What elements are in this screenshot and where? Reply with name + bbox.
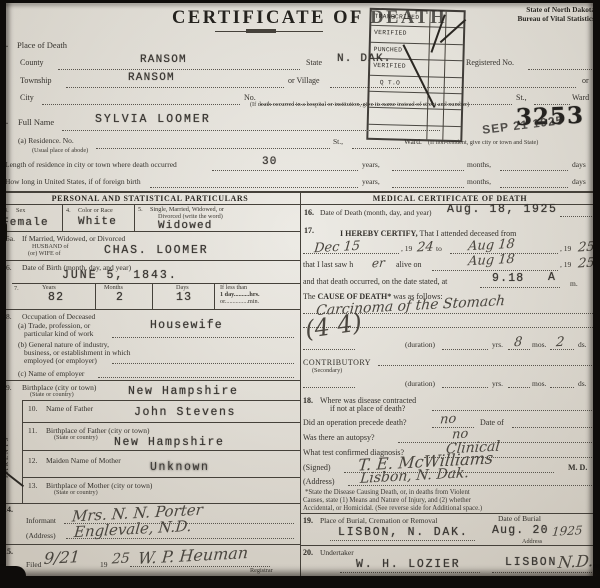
undertaker-address-label: Address [522,538,542,545]
leader-dots [58,68,300,70]
informant-label: Informant [26,516,56,525]
age-years-value: 82 [48,291,64,304]
birthplace-number: 9. [6,383,12,392]
leader-dots [98,376,294,378]
death-certificate-scan: CERTIFICATE OF DEATH State of North Dako… [0,0,600,588]
cell-divider [62,204,63,231]
ds-label: ds. [578,340,587,349]
leader-dots [112,336,294,338]
leader-dots [150,186,358,188]
leader-dots [303,386,355,388]
leader-dots [432,269,558,271]
certify-bold: I HEREBY CERTIFY, [340,229,418,238]
last-saw-her: er [371,256,385,271]
right-column-header: MEDICAL CERTIFICATE OF DEATH [300,194,600,203]
township-value: RANSOM [128,72,175,84]
duration-months-value: 8 [513,335,523,351]
residence-ward-label: Ward. [404,137,422,146]
row-divider [0,380,300,381]
death-occurred-label: and that death occurred, on the date sta… [303,277,447,286]
hospital-note: (If death occurred in a hospital or inst… [250,101,469,108]
state-value: N. DAK. [337,53,392,65]
mos-label: mos. [532,379,546,388]
where-contracted-line2: if not at place of death? [330,404,405,413]
leader-dots [66,86,284,88]
abode-note: (Usual place of abode) [32,147,88,154]
registrar-label: Registrar [250,567,273,574]
row-divider [22,477,300,478]
saw-19-label: , 19 [560,260,571,269]
leader-dots [392,169,464,171]
age-days-label: Days [176,284,189,291]
leader-dots [378,364,594,366]
months-label: months, [467,160,491,169]
duration-days-value: 2 [555,335,565,351]
age-less-line3: or...............min. [220,298,259,305]
leader-dots [96,147,330,149]
to-19-label: , 19 [560,244,571,253]
length-residence-label: Length of residence in city or town wher… [5,160,177,169]
father-value: John Stevens [134,406,236,419]
father-number: 10. [28,404,37,413]
residence-label: (a) Residence. No. [18,136,74,145]
md-label: M. D. [568,463,587,472]
leader-dots [500,186,568,188]
leader-dots [112,362,294,364]
q18-number: 18. [303,396,313,405]
operation-label: Did an operation precede death? [303,418,407,427]
occupation-b-line3: employed (or employer) [24,356,97,365]
certify-number: 17. [304,226,314,235]
dod-label: Date of Death (month, day, and year) [320,208,432,217]
age-years-label: Years [42,284,56,291]
mother-birthplace-sub: (State or country) [54,489,98,496]
sex-value: Female [2,217,49,229]
operation-value: no [439,412,457,428]
informant-address-label: (Address) [26,531,56,540]
how-long-us-label: How long in United States, if of foreign… [5,177,141,186]
scan-edge-bottom [0,576,600,588]
yrs-label: yrs. [492,340,503,349]
leader-dots [442,348,488,350]
leader-dots [330,539,475,541]
spouse-value: CHAS. LOOMER [104,244,208,257]
leader-dots [480,286,560,288]
filed-label: Filed [26,560,41,569]
age-cell-divider [152,283,153,309]
leader-dots [550,386,574,388]
st-label: St., [516,93,527,102]
leader-dots [528,68,592,70]
father-birthplace-number: 11. [28,426,37,435]
attended-from-year: 24 [416,240,434,256]
death-ampm-value: A [548,271,556,284]
row-divider [22,450,300,451]
leader-dots [512,426,594,428]
agency-name: State of North Dakota Bureau of Vital St… [518,5,596,23]
undertaker-address-hand: N.D. [557,551,594,572]
death-time-value: 9.18 [492,272,524,285]
days-label: days [572,160,586,169]
age-cell-divider [214,283,215,309]
leader-dots [500,169,568,171]
row-divider [0,544,300,545]
row-divider [22,400,300,401]
birthplace-sub: (State or country) [30,391,74,398]
transcription-stamp: TRANSCRIBED VERIFIED PUNCHED VERIFIED Q … [366,8,465,142]
age-less-line1: If less than [220,284,247,291]
nonresident-note: (If non-resident, give city or town and … [428,139,538,146]
place-of-death-label: Place of Death [17,40,67,50]
father-birthplace-value: New Hampshire [114,436,225,449]
residence-st-label: St., [333,137,343,146]
race-label: Color or Race [78,207,113,214]
birthplace-value: New Hampshire [128,385,239,398]
husband-of-label: HUSBAND of [32,243,69,250]
marital-number: 5. [138,206,143,213]
m-label: m. [570,279,578,288]
yrs-label: yrs. [492,379,503,388]
leader-dots [62,129,440,131]
race-number: 4. [66,207,71,214]
scan-edge-top [0,0,600,3]
footnote-line3: Accidental, or Homicidal. (See reverse s… [303,505,482,512]
to-label: to [436,244,442,253]
marital-label-line1: Single, Married, Widowed, or [150,206,224,213]
or-village-label: or Village [288,76,320,85]
scan-edge-right [593,0,600,588]
dob-value: JUNE 5, 1843. [62,269,178,282]
sex-label: Sex [16,207,25,214]
spouse-number: 5a. [6,234,15,243]
ward-label: Ward [572,93,589,102]
county-label: County [20,58,44,67]
title-underline-thick [246,29,276,33]
undertaker-number: 20. [303,548,313,557]
mos-label: mos. [532,340,546,349]
burial-label: Place of Burial, Cremation or Removal [320,516,437,525]
dod-value: Aug. 18, 1925 [447,203,558,216]
secondary-label: (Secondary) [312,367,342,374]
age-number: 7. [14,285,19,292]
registered-no-label: Registered No. [466,58,514,67]
mother-value: Unknown [150,461,210,474]
burial-date-label: Date of Burial [498,514,541,523]
last-saw-value: Aug 18 [467,252,515,270]
row-divider [0,309,300,310]
undertaker-address-value: LISBON [505,556,557,569]
row-divider [0,260,300,261]
full-name-value: SYLVIA LOOMER [95,113,211,126]
autopsy-label: Was there an autopsy? [303,433,375,442]
undertaker-value: W. H. LOZIER [356,558,460,571]
filed-19-label: 19 [100,560,108,569]
state-label: State [306,58,322,67]
mother-number: 12. [28,456,37,465]
row-divider [300,545,600,546]
leader-dots [560,215,594,217]
leader-dots [392,186,464,188]
city-label: City [20,93,34,102]
last-saw-pre: that I last saw h [303,260,353,269]
agency-line1: State of North Dakota [518,5,596,14]
agency-line2: Bureau of Vital Statistics [518,14,596,23]
footnote-line1: *State the Disease Causing Death, or, in… [305,489,470,496]
burial-place-value: LISBON, N. DAK. [338,526,469,539]
occupation-value: Housewife [150,319,223,332]
leader-dots [492,571,594,573]
physician-address-label: (Address) [303,477,335,486]
row-divider [22,422,300,423]
row-divider [0,231,300,232]
mother-label: Maiden Name of Mother [46,456,121,465]
days-label: days [572,177,586,186]
cell-divider [134,204,135,231]
age-less-line2: 1 day..........hrs. [220,291,260,298]
township-label: Township [20,76,51,85]
stamp-row-label: VERIFIED [374,29,407,37]
years-label: years, [362,177,380,186]
alive-on-label: alive on [396,260,422,269]
full-name-label: Full Name [18,117,54,127]
age-cell-divider [95,283,96,309]
burial-number: 19. [303,516,313,525]
dob-number: 6. [6,263,12,272]
spouse-label: If Married, Widowed, or Divorced [22,234,125,243]
length-residence-value: 30 [262,156,278,168]
leader-dots [340,571,480,573]
marital-label-line2: Divorced (write the word) [158,213,223,220]
months-label: months, [467,177,491,186]
father-birthplace-sub: (State or country) [54,434,98,441]
left-column-header: PERSONAL AND STATISTICAL PARTICULARS [0,194,300,203]
duration-label: (duration) [405,379,435,388]
occupation-a-line2: particular kind of work [24,329,93,338]
occupation-label: Occupation of Deceased [22,312,95,321]
age-months-value: 2 [116,291,124,304]
scan-edge-left [0,0,6,588]
duration-label: (duration) [405,340,435,349]
leader-dots [42,103,240,105]
mother-birthplace-number: 13. [28,481,37,490]
dod-number: 16. [304,208,314,217]
race-value: White [78,216,117,228]
signed-label: (Signed) [303,463,331,472]
leader-dots [352,147,400,149]
burial-date-value: Aug. 20 [492,524,549,537]
leader-dots [303,252,399,254]
years-label: years, [362,160,380,169]
footnote-line2: Causes, state (1) Means and Nature of In… [303,497,471,504]
leader-dots [212,169,358,171]
leader-dots [442,386,488,388]
date-of-label: Date of [480,418,504,427]
leader-dots [303,348,355,350]
filed-year-value: 25 [111,550,130,567]
from-19-label: , 19 [401,244,412,253]
wife-of-label: (or) WIFE of [28,250,61,257]
age-days-value: 13 [176,291,192,304]
row-divider [300,513,600,514]
age-months-label: Months [104,284,123,291]
leader-dots [330,86,576,88]
or-label: or [582,76,589,85]
column-divider [300,191,301,576]
stamp-row-label: TRANSCRIBED [374,13,419,21]
cause-intro-1: The [303,292,317,301]
leader-dots [508,386,530,388]
filed-date-value: 9/21 [43,547,81,568]
county-value: RANSOM [140,54,187,66]
leader-dots [130,565,270,567]
ds-label: ds. [578,379,587,388]
scan-edge-corner [0,566,26,580]
contributory-label: CONTRIBUTORY [303,358,371,367]
occupation-number: 8. [6,312,12,321]
employer-label: (c) Name of employer [18,369,84,378]
burial-year-value: 1925 [551,523,583,539]
undertaker-label: Undertaker [320,548,354,557]
father-label: Name of Father [46,404,93,413]
